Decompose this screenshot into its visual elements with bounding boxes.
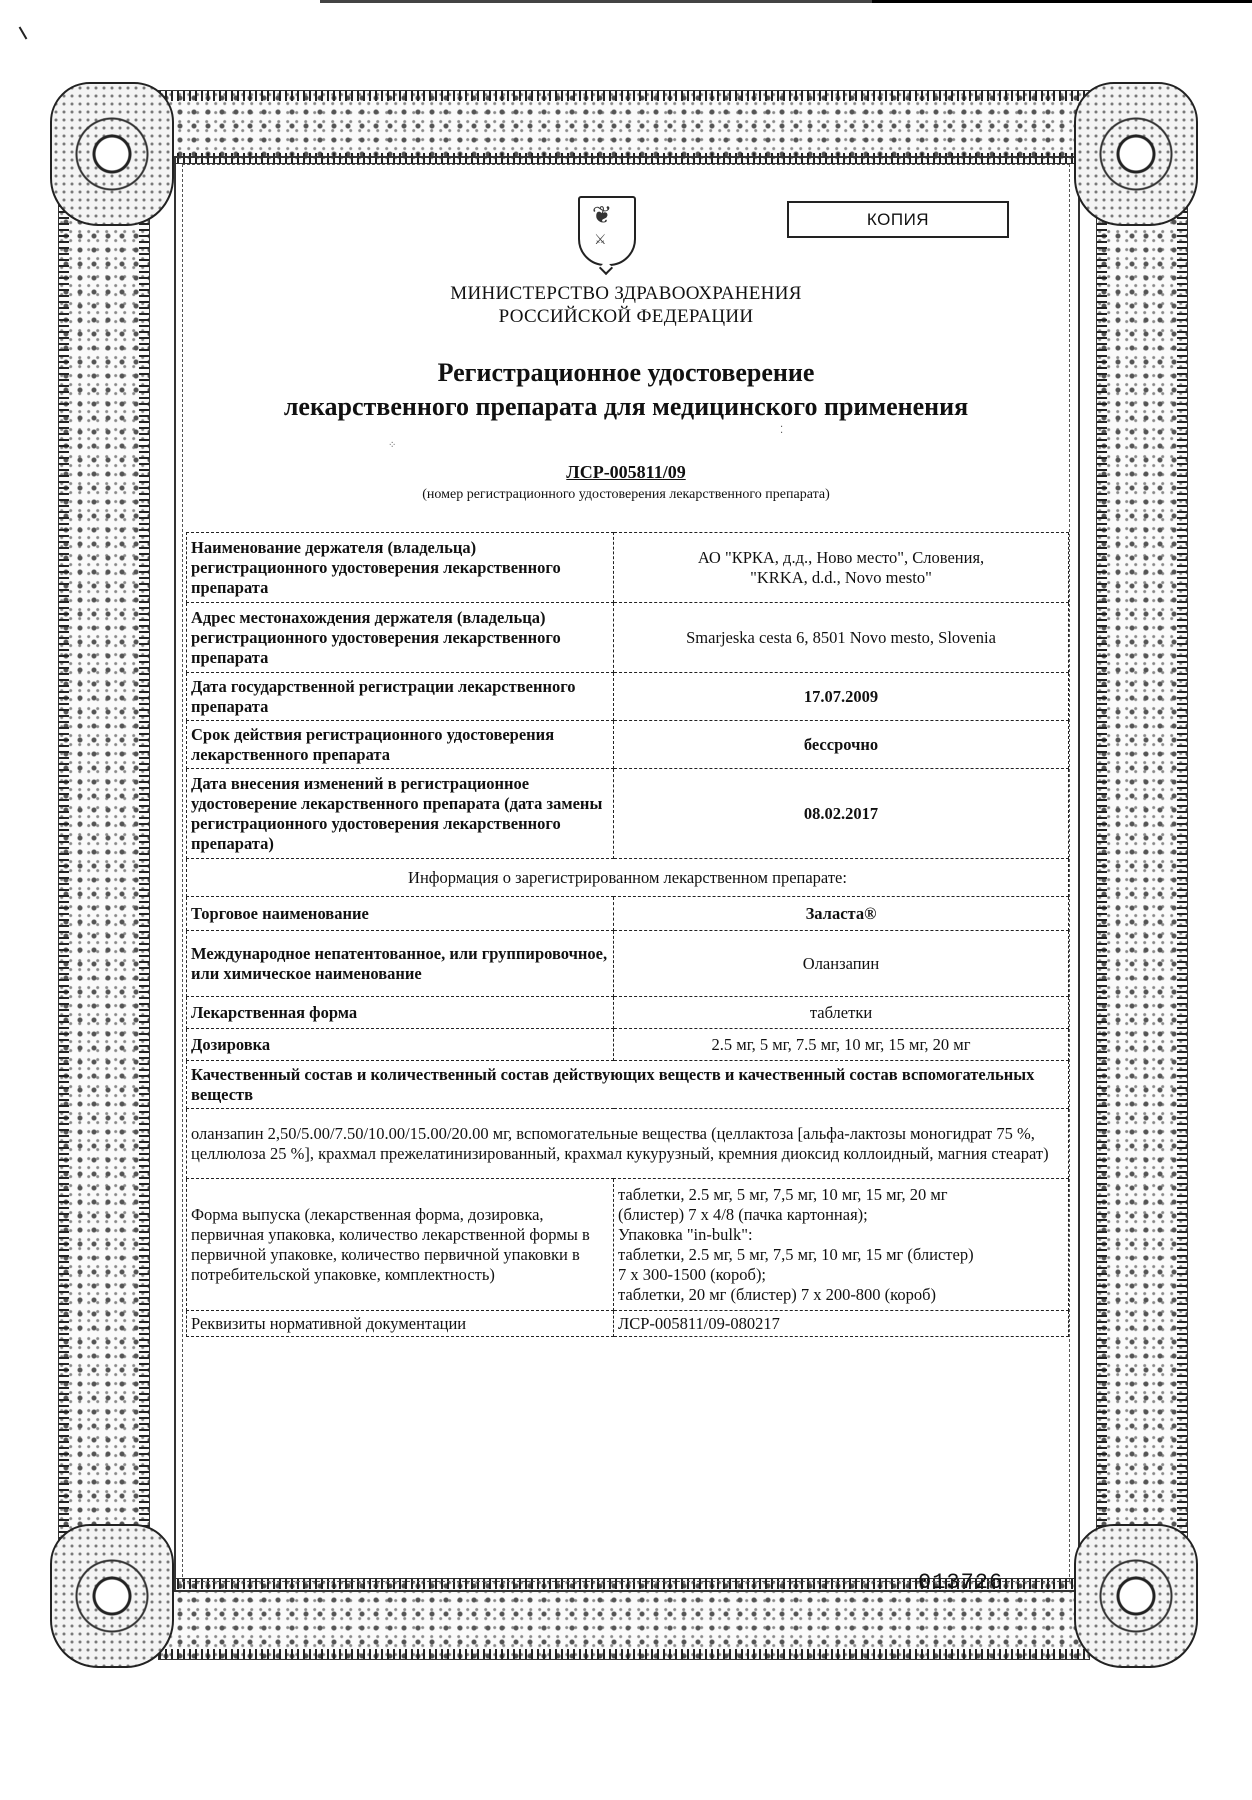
ministry-name-line1: МИНИСТЕРСТВО ЗДРАВООХРАНЕНИЯ [300, 283, 952, 305]
trade-name-value: Заласта® [614, 897, 1069, 931]
holder-address-label: Адрес местонахождения держателя (владель… [187, 603, 614, 673]
scan-edge-line [320, 0, 1252, 3]
table-row: Качественный состав и количественный сос… [187, 1061, 1069, 1109]
dosage-value: 2.5 мг, 5 мг, 7.5 мг, 10 мг, 15 мг, 20 м… [614, 1029, 1069, 1061]
copy-stamp: КОПИЯ [787, 201, 1009, 238]
table-row: Дата государственной регистрации лекарст… [187, 673, 1069, 721]
holder-name-value-ru: АО "КРКА, д.д., Ново место", Словения, [618, 548, 1064, 568]
validity-value: бессрочно [614, 721, 1069, 769]
registration-number-caption: (номер регистрационного удостоверения ле… [300, 487, 952, 503]
table-row: оланзапин 2,50/5.00/7.50/10.00/15.00/20.… [187, 1109, 1069, 1179]
table-row: Лекарственная форма таблетки [187, 997, 1069, 1029]
change-date-label: Дата внесения изменений в регистрационно… [187, 769, 614, 859]
scan-speck: ⁚ [780, 425, 783, 436]
composition-heading: Качественный состав и количественный сос… [187, 1061, 1069, 1109]
holder-name-label: Наименование держателя (владельца) регис… [187, 533, 614, 603]
table-row: Международное непатентованное, или групп… [187, 931, 1069, 997]
dosage-label: Дозировка [187, 1029, 614, 1061]
scan-artifact [19, 26, 28, 39]
document-title-line1: Регистрационное удостоверение [190, 356, 1062, 390]
release-form-line: таблетки, 2.5 мг, 5 мг, 7,5 мг, 10 мг, 1… [618, 1185, 1064, 1205]
holder-name-value: АО "КРКА, д.д., Ново место", Словения, "… [614, 533, 1069, 603]
composition-text: оланзапин 2,50/5.00/7.50/10.00/15.00/20.… [187, 1109, 1069, 1179]
holder-name-value-en: "KRKA, d.d., Novo mesto" [618, 568, 1064, 588]
table-row: Торговое наименование Заласта® [187, 897, 1069, 931]
frame-band-top [158, 90, 1090, 164]
registration-date-label: Дата государственной регистрации лекарст… [187, 673, 614, 721]
release-form-line: таблетки, 2.5 мг, 5 мг, 7,5 мг, 10 мг, 1… [618, 1245, 1064, 1265]
release-form-line: 7 х 300-1500 (короб); [618, 1265, 1064, 1285]
table-row: Реквизиты нормативной документации ЛСР-0… [187, 1311, 1069, 1337]
corner-rosette-icon [50, 82, 174, 226]
release-form-line: таблетки, 20 мг (блистер) 7 х 200-800 (к… [618, 1285, 1064, 1305]
holder-address-value: Smarjeska cesta 6, 8501 Novo mesto, Slov… [614, 603, 1069, 673]
table-row: Адрес местонахождения держателя (владель… [187, 603, 1069, 673]
normative-docs-value: ЛСР-005811/09-080217 [614, 1311, 1069, 1337]
form-serial-number: 013726 [918, 1570, 1003, 1595]
release-form-value: таблетки, 2.5 мг, 5 мг, 7,5 мг, 10 мг, 1… [614, 1179, 1069, 1311]
registration-number: ЛСР-005811/09 [380, 462, 872, 483]
change-date-value: 08.02.2017 [614, 769, 1069, 859]
frame-band-right [1096, 200, 1188, 1582]
table-row: Дата внесения изменений в регистрационно… [187, 769, 1069, 859]
table-row: Наименование держателя (владельца) регис… [187, 533, 1069, 603]
dosage-form-value: таблетки [614, 997, 1069, 1029]
release-form-line: (блистер) 7 х 4/8 (пачка картонная); [618, 1205, 1064, 1225]
inn-value: Оланзапин [614, 931, 1069, 997]
table-row: Информация о зарегистрированном лекарств… [187, 859, 1069, 897]
trade-name-label: Торговое наименование [187, 897, 614, 931]
drug-info-heading: Информация о зарегистрированном лекарств… [187, 859, 1069, 897]
table-row: Дозировка 2.5 мг, 5 мг, 7.5 мг, 10 мг, 1… [187, 1029, 1069, 1061]
release-form-line: Упаковка "in-bulk": [618, 1225, 1064, 1245]
corner-rosette-icon [1074, 1524, 1198, 1668]
registration-date-value: 17.07.2009 [614, 673, 1069, 721]
inn-label: Международное непатентованное, или групп… [187, 931, 614, 997]
eagle-icon: ❦ [592, 204, 612, 228]
corner-rosette-icon [1074, 82, 1198, 226]
scan-speck: ⁘ [388, 440, 396, 451]
document-title-line2: лекарственного препарата для медицинског… [190, 390, 1062, 424]
table-row: Форма выпуска (лекарственная форма, дози… [187, 1179, 1069, 1311]
registration-details-table: Наименование держателя (владельца) регис… [186, 532, 1069, 1337]
release-form-label: Форма выпуска (лекарственная форма, дози… [187, 1179, 614, 1311]
table-row: Срок действия регистрационного удостовер… [187, 721, 1069, 769]
rider-icon: ⚔ [594, 232, 607, 249]
dosage-form-label: Лекарственная форма [187, 997, 614, 1029]
corner-rosette-icon [50, 1524, 174, 1668]
coat-of-arms-icon: ❦ ⚔ [578, 196, 636, 266]
validity-label: Срок действия регистрационного удостовер… [187, 721, 614, 769]
normative-docs-label: Реквизиты нормативной документации [187, 1311, 614, 1337]
ministry-name-line2: РОССИЙСКОЙ ФЕДЕРАЦИИ [300, 306, 952, 328]
frame-band-left [58, 200, 150, 1582]
